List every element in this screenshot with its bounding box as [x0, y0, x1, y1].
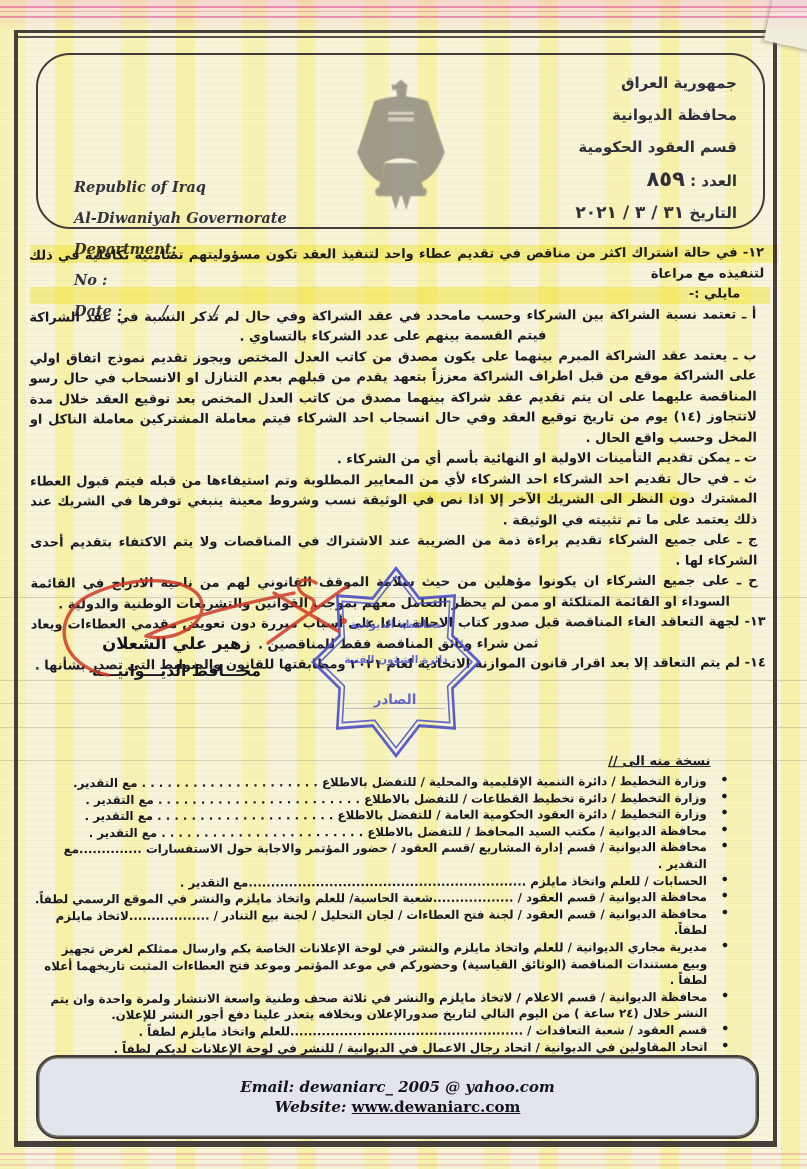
website-value: www.dewaniarc.com [352, 1098, 521, 1116]
letterhead: Republic of IraqAl-Diwaniyah Governorate… [36, 53, 765, 229]
letterhead-governorate: محافظة الديوانية [575, 99, 737, 131]
clause-12-t: ت ـ يمكن تقديم التأمينات الاولية او النه… [30, 448, 765, 472]
iraq-eagle-emblem [353, 73, 449, 221]
scan-pink-line [0, 1159, 807, 1160]
website-line: Website: www.dewaniarc.com [275, 1098, 521, 1116]
contact-footer: Email: dewaniarc_ 2005 @ yahoo.com Websi… [36, 1055, 759, 1139]
copy-recipient: مديرية مجاري الديوانية / للعلم واتخاذ ما… [34, 939, 763, 991]
clause-12-th: ث ـ في حال تقديم احد الشركاء احد الشركاء… [30, 469, 765, 534]
scan-pink-line [0, 6, 807, 8]
letterhead-arabic: جمهورية العراق محافظة الديوانية قسم العق… [575, 67, 737, 229]
letter-number: العدد : ٨٥٩ [575, 163, 737, 197]
clause-12-b: ب ـ يعتمد عقد الشراكة المبرم بينهما على … [30, 346, 765, 452]
letterhead-country: جمهورية العراق [575, 67, 737, 99]
website-label: Website: [275, 1098, 347, 1116]
copy-recipient: محافظة الديوانية / قسم إدارة المشاريع /ق… [34, 839, 763, 875]
email-value: dewaniarc_ 2005 @ yahoo.com [299, 1078, 554, 1096]
number-value: ٨٥٩ [646, 167, 684, 191]
letter-date: التاريخ ٣١ / ٣ / ٢٠٢١ [575, 197, 737, 229]
letterhead-line-en: Republic of Iraq [74, 172, 287, 203]
number-label: العدد : [690, 172, 737, 190]
clause-12: ١٢- في حالة اشتراك اكثر من مناقص في تقدي… [29, 243, 764, 287]
date-label: التاريخ [689, 204, 737, 222]
scan-pink-line [0, 1153, 807, 1155]
stamp-outgoing-label: الصادر [345, 692, 445, 709]
letterhead-department: قسم العقود الحكومية [575, 131, 737, 163]
distribution-section: نسخة منه الى // وزارة التخطيط / دائرة ال… [33, 754, 763, 1074]
clause-12-a: أ ـ تعتمد نسبة الشراكة بين الشركاء وحسب … [29, 305, 764, 349]
copies-list: وزارة التخطيط / دائرة التنمية الإقليمية … [34, 773, 764, 1074]
scan-pink-line [0, 16, 807, 18]
scan-pink-line [0, 1164, 807, 1166]
copy-recipient: محافظة الديوانية / قسم العقود / لجنة فتح… [34, 905, 763, 941]
letterhead-line-en: Al-Diwaniyah Governorate [74, 203, 287, 234]
scanned-document-page: Republic of IraqAl-Diwaniyah Governorate… [0, 0, 807, 1169]
date-value: ٣١ / ٣ / ٢٠٢١ [575, 203, 684, 223]
email-label: Email: [240, 1078, 294, 1096]
document-frame: Republic of IraqAl-Diwaniyah Governorate… [14, 30, 777, 1147]
email-line: Email: dewaniarc_ 2005 @ yahoo.com [240, 1078, 554, 1096]
scan-pink-band [0, 0, 807, 28]
scan-pink-line [0, 11, 807, 12]
handwritten-signature [48, 573, 383, 685]
copy-recipient: محافظة الديوانية / قسم الاعلام / لاتخاذ … [34, 988, 763, 1024]
